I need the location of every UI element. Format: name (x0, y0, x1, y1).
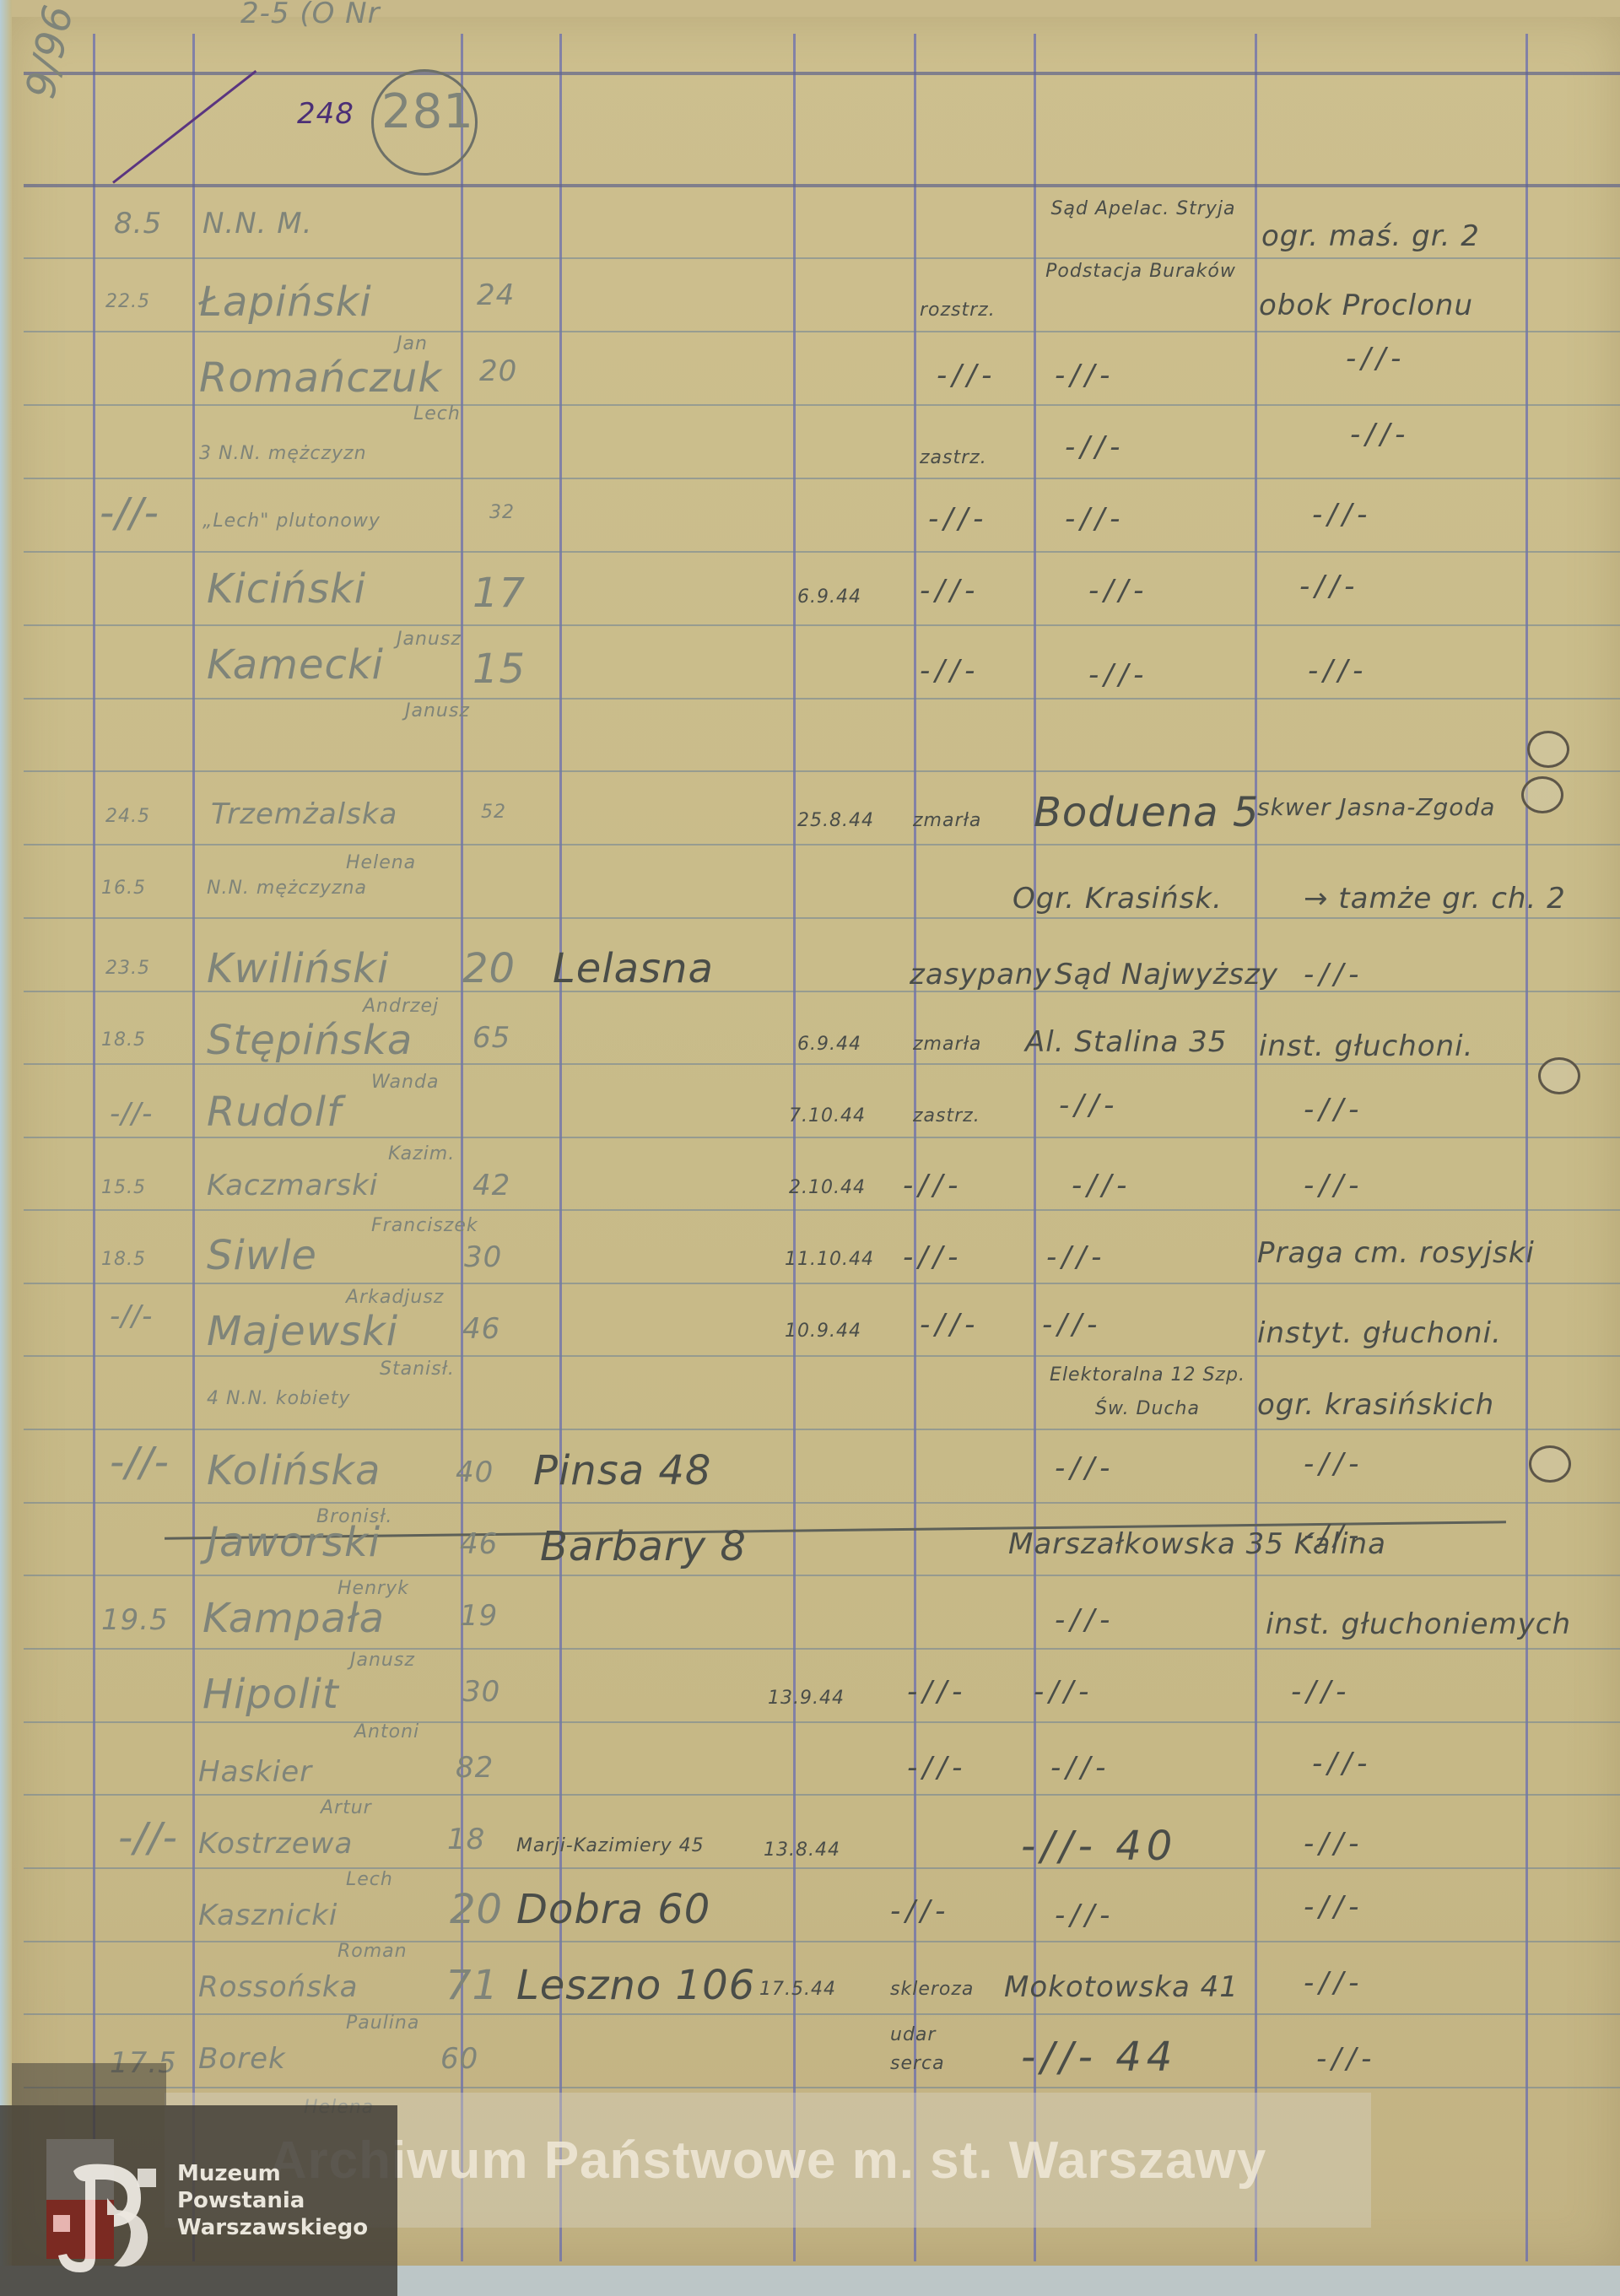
row-rule (24, 1867, 1620, 1869)
entry-cause: -//- (920, 574, 980, 608)
entry-burial: -//- (1304, 1519, 1363, 1553)
entry-place: -//- 44 (1021, 2034, 1177, 2081)
punch-hole (1527, 731, 1569, 768)
entry-cause: -//- (890, 1894, 950, 1928)
entry-date: 8.5 (114, 207, 162, 240)
entry-date-ditto: -//- (118, 1814, 178, 1861)
entry-place: -//- (1072, 1169, 1131, 1202)
entry-burial: inst. głuchoniemych (1266, 1607, 1571, 1641)
entry-cause: -//- (907, 1751, 967, 1785)
entry-death-date: 6.9.44 (797, 586, 861, 608)
header-rule (24, 72, 1620, 75)
page-number-circled: 281 (381, 84, 474, 139)
entry-first-name: Helena (346, 852, 416, 873)
row-rule (24, 1575, 1620, 1576)
entry-date: 18.5 (101, 1249, 146, 1270)
entry-place: Sąd Apelac. Stryja (1038, 194, 1249, 224)
entry-place: -//- (1055, 359, 1115, 392)
entry-burial: -//- (1291, 1675, 1351, 1709)
row-rule (24, 844, 1620, 845)
entry-name: „Lech" plutonowy (202, 511, 381, 532)
entry-place: -//- (1050, 1751, 1110, 1785)
entry-first-name: Janusz (397, 629, 462, 650)
entry-name: Borek (198, 2042, 286, 2076)
entry-first-name: Lech (413, 403, 461, 424)
entry-burial: -//- (1312, 498, 1372, 532)
entry-age: 42 (472, 1169, 510, 1202)
entry-cause: rozstrz. (920, 300, 996, 321)
entry-burial: -//- (1304, 958, 1363, 991)
row-rule (24, 1283, 1620, 1284)
entry-age: 24 (477, 278, 515, 312)
entry-cause: zmarła (913, 810, 981, 831)
entry-name: Kampała (202, 1595, 385, 1642)
entry-first-name: Lech (346, 1869, 393, 1890)
entry-age: 20 (450, 1886, 503, 1933)
row-rule (24, 2087, 1620, 2088)
entry-death-date: 2.10.44 (789, 1177, 866, 1198)
entry-age: 71 (445, 1962, 499, 2009)
row-rule (24, 331, 1620, 332)
entry-date-ditto: -//- (110, 1097, 153, 1131)
entry-death-date: 25.8.44 (797, 810, 874, 831)
entry-cause: zmarła (913, 1034, 981, 1055)
row-rule (24, 624, 1620, 626)
entry-burial: → tamże gr. ch. 2 (1304, 882, 1566, 916)
entry-burial: -//- (1316, 2042, 1376, 2076)
entry-cause: -//- (920, 1308, 980, 1342)
entry-place: -//- (1034, 1675, 1093, 1709)
entry-burial: -//- (1299, 570, 1359, 603)
entry-burial: ogr. krasińskich (1257, 1388, 1494, 1422)
row-rule (24, 1941, 1620, 1942)
entry-place: -//- 40 (1021, 1823, 1177, 1870)
entry-first-name: Paulina (346, 2012, 419, 2034)
entry-place: Podstacja Buraków (1039, 257, 1242, 286)
row-rule (24, 770, 1620, 772)
entry-cause: zastrz. (920, 447, 987, 468)
entry-death-date: 10.9.44 (785, 1321, 861, 1342)
logo-line-2: Powstania (177, 2187, 368, 2214)
entry-name: Rudolf (207, 1089, 342, 1136)
row-rule (24, 1502, 1620, 1504)
entry-address: Dobra 60 (516, 1886, 710, 1933)
column-rule (1255, 34, 1257, 2261)
entry-place: -//- (1059, 1089, 1119, 1122)
row-rule (24, 257, 1620, 259)
entry-burial: -//- (1308, 654, 1368, 688)
row-rule (24, 1648, 1620, 1650)
entry-first-name: Franciszek (371, 1215, 478, 1236)
entry-name: Romańczuk (199, 354, 442, 402)
entry-first-name: Janusz (350, 1650, 415, 1671)
entry-date: 19.5 (101, 1603, 169, 1637)
entry-place: -//- (1088, 574, 1148, 608)
entry-name: Hipolit (202, 1671, 339, 1718)
entry-date-ditto: -//- (110, 1439, 170, 1486)
entry-name: Kwiliński (207, 945, 389, 992)
entry-cause: -//- (937, 359, 996, 392)
logo-line-1: Muzeum (177, 2160, 368, 2187)
entry-name: Łapiński (199, 278, 372, 326)
entry-name: Rossońska (198, 1970, 358, 2004)
top-header-fragment: 2-5 (O Nr (240, 0, 381, 30)
entry-place: Elektoralna 12 Szp. Św. Ducha (1034, 1359, 1261, 1426)
entry-age: 82 (456, 1751, 494, 1785)
entry-place: -//- (1055, 1603, 1115, 1637)
entry-place: Boduena 5 (1034, 789, 1259, 836)
row-rule (24, 1209, 1620, 1211)
entry-first-name: Andrzej (363, 996, 439, 1017)
entry-date: 18.5 (101, 1029, 146, 1051)
entry-burial: inst. głuchoni. (1259, 1029, 1473, 1063)
kotwica-anchor-icon (46, 2139, 156, 2278)
entry-name: Kostrzewa (198, 1827, 353, 1861)
logo-line-3: Warszawskiego (177, 2214, 368, 2241)
entry-name: Siwle (207, 1232, 317, 1279)
row-rule (24, 478, 1620, 479)
entry-age: 46 (462, 1312, 500, 1346)
entry-date: 24.5 (105, 806, 150, 827)
entry-age: 32 (489, 502, 515, 523)
entry-death-date: 13.9.44 (768, 1688, 845, 1709)
row-rule (24, 698, 1620, 700)
entry-name: Kamecki (207, 641, 384, 689)
entry-cause: zasypany (910, 958, 1052, 991)
entry-age: 19 (460, 1599, 498, 1633)
entry-place: Ogr. Krasińsk. (1012, 882, 1223, 916)
entry-death-date: 17.5.44 (759, 1979, 836, 2000)
entry-burial: Praga cm. rosyjski (1257, 1236, 1535, 1270)
entry-date: 15.5 (101, 1177, 146, 1198)
entry-burial: -//- (1304, 1447, 1363, 1481)
entry-age: 65 (472, 1021, 510, 1055)
entry-name: Kiciński (207, 565, 366, 613)
entry-death-date: 11.10.44 (785, 1249, 874, 1270)
entry-age: 52 (481, 802, 506, 823)
entry-cause: -//- (903, 1169, 963, 1202)
scan-left-edge (0, 0, 12, 2296)
entry-place: -//- (1065, 502, 1125, 536)
entry-first-name: Kazim. (388, 1143, 455, 1164)
entry-name: N.N. mężczyzna (207, 878, 367, 899)
entry-first-name: Antoni (354, 1721, 419, 1742)
entry-burial: instyt. głuchoni. (1257, 1316, 1502, 1350)
row-rule (24, 1137, 1620, 1138)
entry-address: Barbary 8 (540, 1523, 747, 1570)
entry-name: Kasznicki (198, 1899, 337, 1932)
entry-first-name: Wanda (371, 1072, 439, 1093)
entry-age: 18 (447, 1823, 485, 1856)
row-rule (24, 917, 1620, 919)
entry-burial: -//- (1304, 1966, 1363, 2000)
entry-date-ditto: -//- (110, 1299, 153, 1333)
entry-date: 22.5 (105, 291, 150, 312)
entry-place: -//- (1055, 1451, 1115, 1485)
column-rule (93, 34, 95, 2261)
header-rule (24, 184, 1620, 187)
entry-name: 4 N.N. kobiety (207, 1388, 350, 1409)
watermark-text: Archiwum Państwowe m. st. Warszawy (269, 2131, 1266, 2191)
row-rule (24, 2013, 1620, 2015)
entry-burial: obok Proclonu (1259, 289, 1473, 322)
entry-age: 46 (460, 1527, 498, 1561)
logo-backdrop-top (12, 2063, 166, 2105)
entry-address: Pinsa 48 (533, 1447, 711, 1494)
entry-age: 60 (440, 2042, 478, 2076)
entry-date: 23.5 (105, 958, 150, 979)
column-rule (192, 34, 195, 2261)
entry-first-name: Jan (397, 333, 428, 354)
row-rule (24, 1429, 1620, 1430)
entry-burial: -//- (1304, 1890, 1363, 1924)
entry-age: 17 (472, 570, 526, 617)
row-rule (24, 1721, 1620, 1723)
entry-date: 16.5 (101, 878, 146, 899)
entry-address: Lelasna (553, 945, 714, 992)
entry-burial: -//- (1304, 1827, 1363, 1861)
row-rule (24, 551, 1620, 553)
entry-age: 30 (462, 1675, 500, 1709)
entry-burial: -//- (1312, 1747, 1372, 1780)
entry-first-name: Stanisł. (380, 1359, 455, 1380)
entry-first-name: Arkadjusz (346, 1287, 444, 1308)
punch-hole (1521, 776, 1563, 813)
punch-hole (1538, 1057, 1580, 1094)
entry-place: -//- (1042, 1308, 1102, 1342)
row-rule (24, 1794, 1620, 1796)
page-number-purple: 248 (297, 97, 354, 131)
entry-death-date: 6.9.44 (797, 1034, 861, 1055)
column-rule (1034, 34, 1036, 2261)
entry-place: Mokotowska 41 (1004, 1970, 1239, 2004)
entry-name: Haskier (198, 1755, 312, 1789)
entry-first-name: Roman (337, 1941, 408, 1962)
entry-place: Sąd Najwyższy (1055, 958, 1278, 991)
entry-cause: -//- (928, 502, 988, 536)
entry-name: Stępińska (207, 1017, 413, 1064)
entry-place: Al. Stalina 35 (1025, 1025, 1227, 1059)
column-rule (1525, 34, 1528, 2261)
entry-cause: -//- (920, 654, 980, 688)
entry-place: -//- (1055, 1899, 1115, 1932)
entry-address: Marji-Kazimiery 45 (516, 1835, 705, 1856)
entry-age: 15 (472, 646, 526, 693)
entry-age: 20 (462, 945, 516, 992)
entry-age: 40 (456, 1456, 494, 1489)
column-rule (793, 34, 796, 2261)
entry-burial: -//- (1350, 418, 1410, 451)
entry-cause: -//- (903, 1240, 963, 1274)
entry-cause: skleroza (890, 1979, 974, 2000)
museum-logo-text: Muzeum Powstania Warszawskiego (177, 2160, 368, 2241)
entry-cause: udar serca (890, 2021, 958, 2078)
entry-name: 3 N.N. mężczyzn (199, 443, 367, 464)
entry-cause: -//- (907, 1675, 967, 1709)
punch-hole (1529, 1445, 1571, 1483)
entry-name: N.N. M. (202, 207, 312, 240)
entry-first-name: Janusz (405, 700, 470, 721)
entry-death-date: 7.10.44 (789, 1105, 866, 1126)
entry-burial: -//- (1304, 1169, 1363, 1202)
entry-burial: -//- (1346, 342, 1406, 375)
entry-name: Kolińska (207, 1447, 381, 1494)
entry-burial: ogr. maś. gr. 2 (1261, 219, 1480, 253)
entry-name: Trzemżalska (211, 797, 397, 831)
entry-place: -//- (1088, 658, 1148, 692)
entry-burial: -//- (1304, 1093, 1363, 1126)
entry-cause: zastrz. (913, 1105, 980, 1126)
entry-age: 30 (464, 1240, 502, 1274)
entry-burial: skwer Jasna-Zgoda (1257, 793, 1536, 821)
entry-name: Kaczmarski (207, 1169, 378, 1202)
row-rule (24, 1355, 1620, 1357)
entry-age: 20 (479, 354, 517, 388)
entry-name: Majewski (207, 1308, 398, 1355)
entry-first-name: Artur (321, 1797, 372, 1818)
entry-place: -//- (1046, 1240, 1106, 1274)
row-rule (24, 404, 1620, 406)
entry-date-ditto: -//- (100, 489, 159, 537)
entry-death-date: 13.8.44 (764, 1840, 840, 1861)
entry-name: Jaworski (207, 1519, 381, 1566)
entry-place: -//- (1065, 430, 1125, 464)
entry-address: Leszno 106 (516, 1962, 755, 2009)
